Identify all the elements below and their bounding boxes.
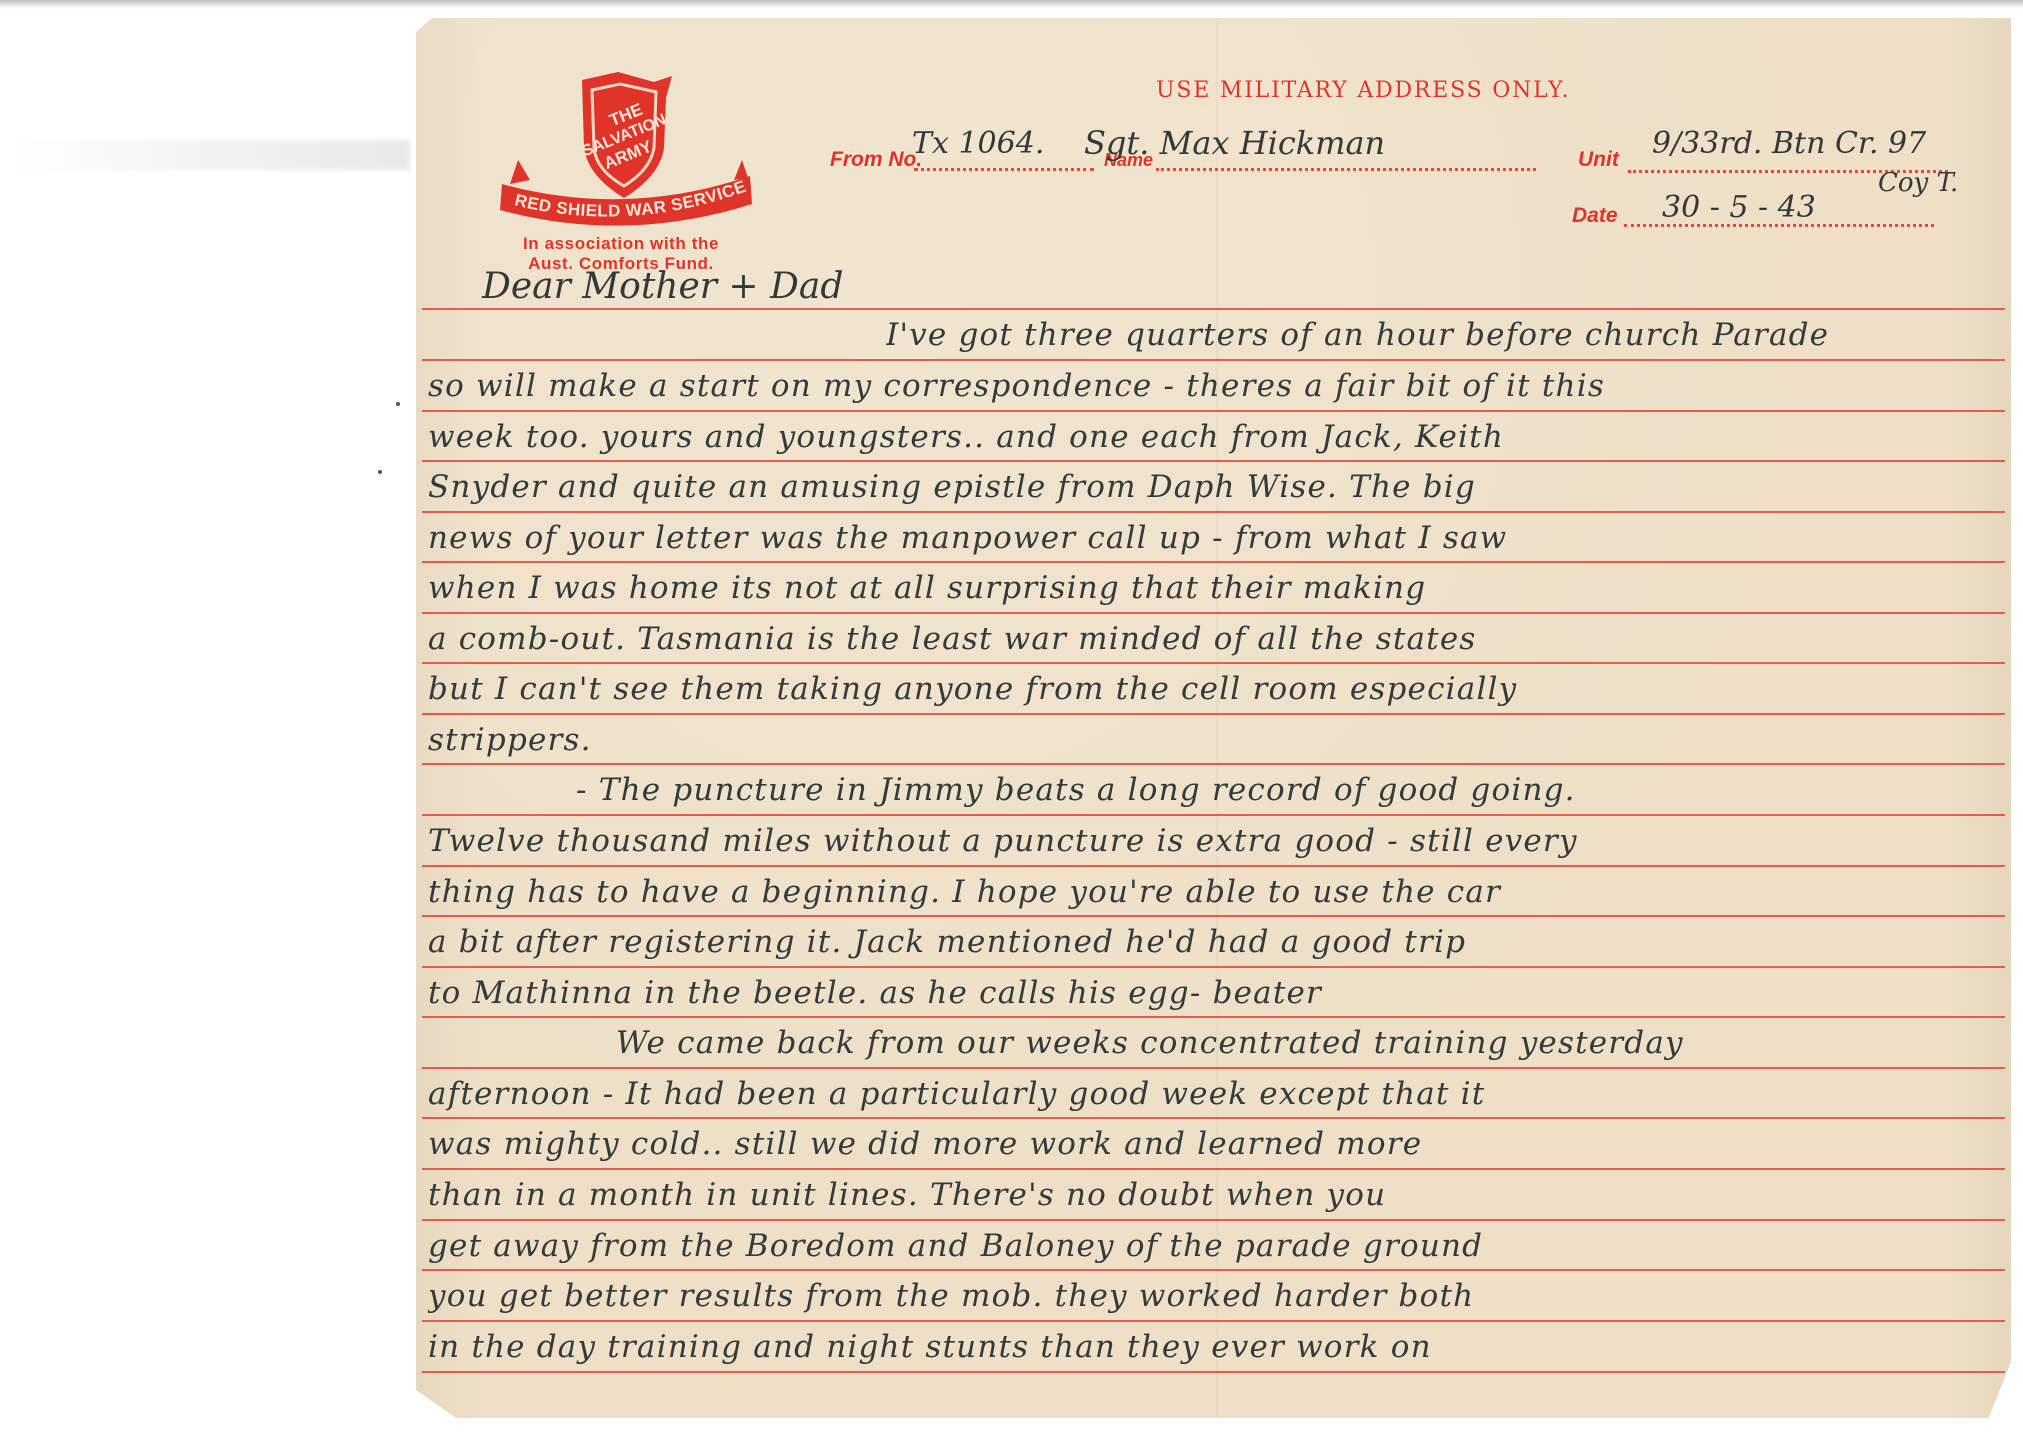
letter-line: was mighty cold.. still we did more work… bbox=[428, 1126, 1988, 1162]
military-address-notice: USE MILITARY ADDRESS ONLY. bbox=[1156, 78, 1570, 103]
ruled-line bbox=[422, 915, 2005, 917]
letter-line: you get better results from the mob. the… bbox=[428, 1278, 1988, 1314]
letter-line: Twelve thousand miles without a puncture… bbox=[428, 823, 1988, 859]
unit-label: Unit bbox=[1578, 148, 1619, 172]
ruled-line bbox=[422, 1371, 2005, 1373]
letter-line: afternoon - It had been a particularly g… bbox=[428, 1076, 1988, 1112]
letter-line: in the day training and night stunts tha… bbox=[428, 1329, 1988, 1365]
letter-line: strippers. bbox=[428, 722, 1988, 758]
unit-value: 9/33rd. Btn Cr. 97 bbox=[1652, 126, 1926, 161]
name-value: Sgt. Max Hickman bbox=[1084, 124, 1385, 162]
ruled-line bbox=[422, 1320, 2005, 1322]
salvation-army-logo: THE SALVATION ARMY RED SHIELD WAR SERVIC… bbox=[496, 68, 756, 238]
ruled-line bbox=[422, 410, 2005, 412]
letter-sheet: THE SALVATION ARMY RED SHIELD WAR SERVIC… bbox=[416, 18, 2011, 1418]
letter-line: I've got three quarters of an hour befor… bbox=[886, 317, 1986, 353]
dust-speck bbox=[378, 470, 382, 474]
ruled-line bbox=[422, 359, 2005, 361]
ruled-line bbox=[422, 763, 2005, 765]
ruled-line bbox=[422, 966, 2005, 968]
ruled-line bbox=[422, 612, 2005, 614]
ruled-line bbox=[422, 1117, 2005, 1119]
ruled-line bbox=[422, 460, 2005, 462]
ruled-line bbox=[422, 561, 2005, 563]
unit-value-line2: Coy T. bbox=[1878, 168, 1958, 198]
letter-line: a bit after registering it. Jack mention… bbox=[428, 924, 1988, 960]
letter-line: to Mathinna in the beetle. as he calls h… bbox=[428, 975, 1988, 1011]
letter-line: - The puncture in Jimmy beats a long rec… bbox=[576, 772, 1986, 808]
letter-line: than in a month in unit lines. There's n… bbox=[428, 1177, 1988, 1213]
letter-line: a comb-out. Tasmania is the least war mi… bbox=[428, 621, 1988, 657]
ruled-line bbox=[422, 511, 2005, 513]
date-label: Date bbox=[1572, 204, 1618, 228]
letter-line: week too. yours and youngsters.. and one… bbox=[428, 419, 1988, 455]
ruled-line bbox=[422, 1168, 2005, 1170]
scanner-bleed-through bbox=[10, 140, 410, 170]
letter-line: Snyder and quite an amusing epistle from… bbox=[428, 469, 1988, 505]
letter-line: thing has to have a beginning. I hope yo… bbox=[428, 874, 1988, 910]
name-dotted-line bbox=[1156, 168, 1536, 171]
ruled-line bbox=[422, 1067, 2005, 1069]
ruled-line bbox=[422, 1219, 2005, 1221]
ruled-line bbox=[422, 662, 2005, 664]
ruled-line bbox=[422, 1016, 2005, 1018]
from-number-value: Tx 1064. bbox=[912, 126, 1044, 161]
scanner-shadow bbox=[0, 0, 2023, 9]
letter-line: but I can't see them taking anyone from … bbox=[428, 671, 1988, 707]
dust-speck bbox=[396, 402, 400, 406]
letter-line: We came back from our weeks concentrated… bbox=[616, 1025, 1986, 1061]
ruled-line bbox=[422, 865, 2005, 867]
from-number-dotted-line bbox=[914, 168, 1094, 171]
date-value: 30 - 5 - 43 bbox=[1662, 190, 1816, 225]
red-shield-icon: THE SALVATION ARMY RED SHIELD WAR SERVIC… bbox=[496, 68, 756, 238]
letter-line: get away from the Boredom and Baloney of… bbox=[428, 1228, 1988, 1264]
letter-line: when I was home its not at all surprisin… bbox=[428, 570, 1988, 606]
association-line-1: In association with the bbox=[486, 234, 756, 254]
from-number-label: From No. bbox=[830, 148, 922, 172]
ruled-line bbox=[422, 1269, 2005, 1271]
salutation: Dear Mother + Dad bbox=[482, 266, 843, 307]
ruled-line bbox=[422, 814, 2005, 816]
letter-line: so will make a start on my correspondenc… bbox=[428, 368, 1988, 404]
ruled-line bbox=[422, 713, 2005, 715]
ruled-line bbox=[422, 308, 2005, 310]
letter-line: news of your letter was the manpower cal… bbox=[428, 520, 1988, 556]
